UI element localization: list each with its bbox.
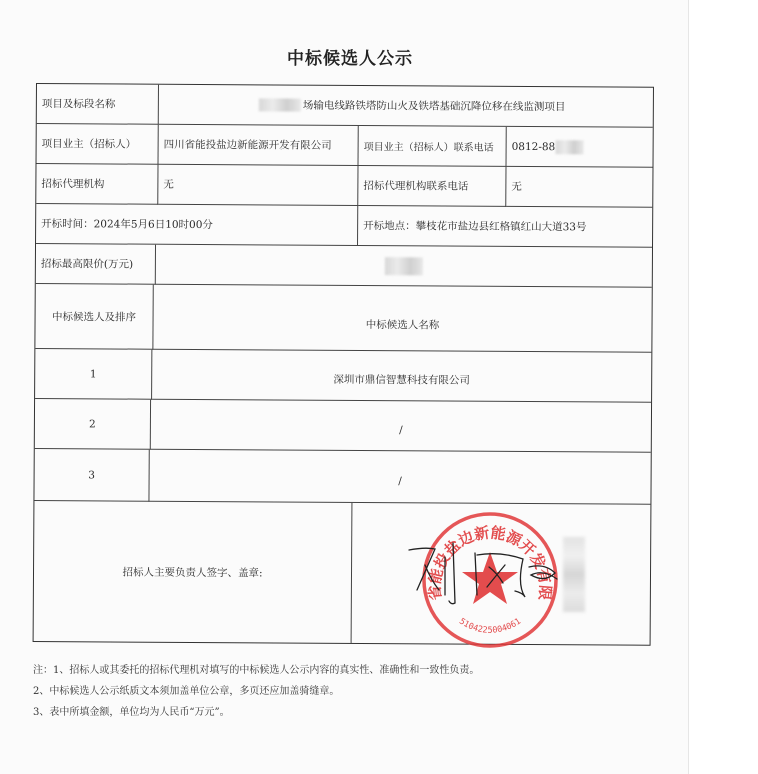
- note-item: 3、表中所填金额，单位均为人民币“万元”。: [33, 702, 479, 723]
- candidate-rank: 2: [35, 399, 151, 450]
- agency-phone-label: 招标代理机构联系电话: [358, 166, 506, 207]
- candidate-name-header: 中标候选人名称: [153, 285, 651, 353]
- candidate-name: /: [151, 400, 651, 453]
- note-item: 注：1、招标人或其委托的招标代理机对填写的中标候选人公示内容的真实性、准确性和一…: [33, 660, 479, 681]
- candidate-rank: 3: [34, 449, 149, 502]
- project-name-label: 项目及标段名称: [37, 84, 159, 125]
- seal-code: 5104225004061: [457, 617, 523, 636]
- agency-phone-value: 无: [506, 167, 652, 208]
- note-item: 2、中标候选人公示纸质文本须加盖单位公章，多页还应加盖骑缝章。: [33, 681, 479, 702]
- owner-label: 项目业主（招标人）: [37, 124, 159, 165]
- document-page: 中标候选人公示 项目及标段名称 场输电线路铁塔防山火及铁塔基础沉降位移在线监测项…: [0, 0, 689, 774]
- notes-section: 注：1、招标人或其委托的招标代理机对填写的中标候选人公示内容的真实性、准确性和一…: [33, 660, 479, 723]
- owner-phone-text: 0812-88: [512, 140, 556, 152]
- handwritten-signature: [405, 535, 570, 610]
- redacted-block: [385, 257, 423, 275]
- opening-place: 开标地点：攀枝花市盐边县红格镇红山大道33号: [358, 206, 652, 248]
- owner-value: 四川省能投盐边新能源开发有限公司: [159, 125, 359, 166]
- max-price-value: [156, 245, 652, 288]
- candidate-rank: 1: [35, 349, 152, 400]
- candidate-name: /: [149, 450, 650, 505]
- agency-label: 招标代理机构: [36, 164, 158, 205]
- project-name-value: 场输电线路铁塔防山火及铁塔基础沉降位移在线监测项目: [159, 85, 653, 128]
- owner-phone-label: 项目业主（招标人）联系电话: [358, 126, 506, 167]
- owner-phone-value: 0812-88: [506, 127, 652, 168]
- agency-value: 无: [158, 165, 358, 206]
- opening-time: 开标时间：2024年5月6日10时00分: [36, 204, 358, 246]
- project-name-text: 场输电线路铁塔防山火及铁塔基础沉降位移在线监测项目: [303, 98, 566, 115]
- svg-text:5104225004061: 5104225004061: [457, 617, 523, 636]
- candidate-rank-header: 中标候选人及排序: [35, 284, 153, 350]
- redacted-block: [555, 140, 583, 154]
- max-price-label: 招标最高限价(万元): [36, 244, 156, 285]
- redacted-block: [259, 98, 301, 111]
- redacted-block: [563, 537, 585, 612]
- candidate-name: 深圳市鼎信智慧科技有限公司: [152, 350, 651, 403]
- signature-label: 招标人主要负责人签字、盖章:: [34, 501, 353, 643]
- document-title: 中标候选人公示: [0, 44, 700, 69]
